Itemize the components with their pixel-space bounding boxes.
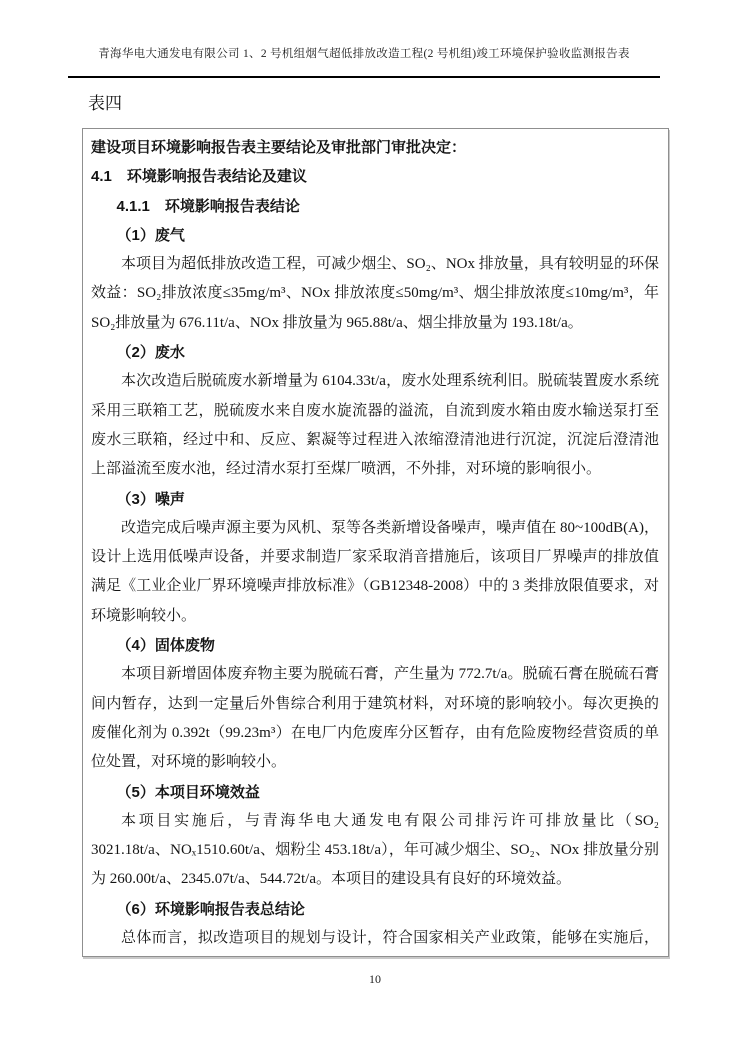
- section-heading: （4）固体废物: [91, 631, 659, 660]
- section-heading: 建设项目环境影响报告表主要结论及审批部门审批决定：: [91, 133, 659, 162]
- section-heading: 4.1.1 环境影响报告表结论: [91, 192, 659, 221]
- section-heading: 4.1 环境影响报告表结论及建议: [91, 162, 659, 191]
- section-heading: （3）噪声: [91, 485, 659, 514]
- page-number: 10: [0, 972, 750, 987]
- document-page: 青海华电大通发电有限公司 1、2 号机组烟气超低排放改造工程(2 号机组)竣工环…: [0, 0, 750, 1060]
- section-heading: （6）环境影响报告表总结论: [91, 895, 659, 924]
- paragraph: 本项目为超低排放改造工程，可减少烟尘、SO₂、NOx 排放量，具有较明显的环保效…: [91, 250, 659, 338]
- section-heading: （5）本项目环境效益: [91, 778, 659, 807]
- paragraph: 本项目实施后，与青海华电大通发电有限公司排污许可排放量比（SO₂ 3021.18…: [91, 807, 659, 895]
- running-header: 青海华电大通发电有限公司 1、2 号机组烟气超低排放改造工程(2 号机组)竣工环…: [66, 46, 662, 62]
- paragraph: 本次改造后脱硫废水新增量为 6104.33t/a，废水处理系统利旧。脱硫装置废水…: [91, 367, 659, 484]
- section-heading: （2）废水: [91, 338, 659, 367]
- paragraph: 改造完成后噪声源主要为风机、泵等各类新增设备噪声，噪声值在 80~100dB(A…: [91, 514, 659, 631]
- paragraph: 总体而言，拟改造项目的规划与设计，符合国家相关产业政策，能够在实施后，达: [91, 924, 659, 957]
- table-label: 表四: [88, 92, 122, 116]
- paragraph: 本项目新增固体废弃物主要为脱硫石膏，产生量为 772.7t/a。脱硫石膏在脱硫石…: [91, 660, 659, 777]
- report-conclusions-box: 建设项目环境影响报告表主要结论及审批部门审批决定：4.1 环境影响报告表结论及建…: [82, 128, 669, 957]
- section-heading: （1）废气: [91, 221, 659, 250]
- report-box-content: 建设项目环境影响报告表主要结论及审批部门审批决定：4.1 环境影响报告表结论及建…: [91, 133, 659, 957]
- header-rule-divider: [68, 76, 660, 78]
